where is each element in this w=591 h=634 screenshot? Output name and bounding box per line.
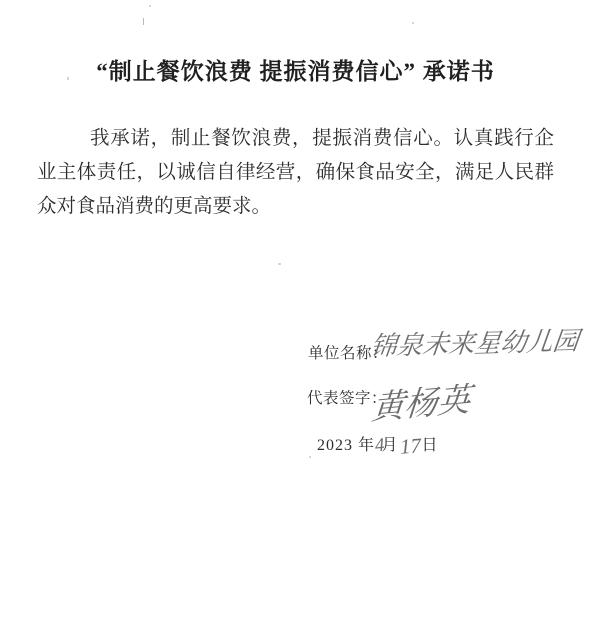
date-month-handwritten: 4 bbox=[374, 435, 386, 458]
commitment-paragraph: 我承诺，制止餐饮浪费，提振消费信心。认真践行企业主体责任，以诚信自律经营，确保食… bbox=[37, 122, 554, 224]
unit-name-handwriting: 锦泉未来星幼儿园 bbox=[369, 320, 581, 363]
document-title: “制止餐饮浪费 提振消费信心” 承诺书 bbox=[0, 53, 591, 86]
date-day-handwritten: 17 bbox=[399, 433, 422, 459]
document-page: “制止餐饮浪费 提振消费信心” 承诺书 我承诺，制止餐饮浪费，提振消费信心。认真… bbox=[0, 0, 591, 634]
date-day-unit: 日 bbox=[422, 437, 439, 454]
scan-speck bbox=[278, 263, 281, 265]
scan-speck bbox=[149, 5, 151, 7]
date-line: 2023 年4月17日 bbox=[317, 431, 439, 456]
signature-handwriting: 黄杨英 bbox=[370, 373, 473, 429]
scan-speck bbox=[309, 456, 311, 458]
date-year: 2023 年 bbox=[317, 437, 375, 454]
scan-speck bbox=[143, 18, 144, 25]
scan-speck bbox=[412, 22, 414, 24]
